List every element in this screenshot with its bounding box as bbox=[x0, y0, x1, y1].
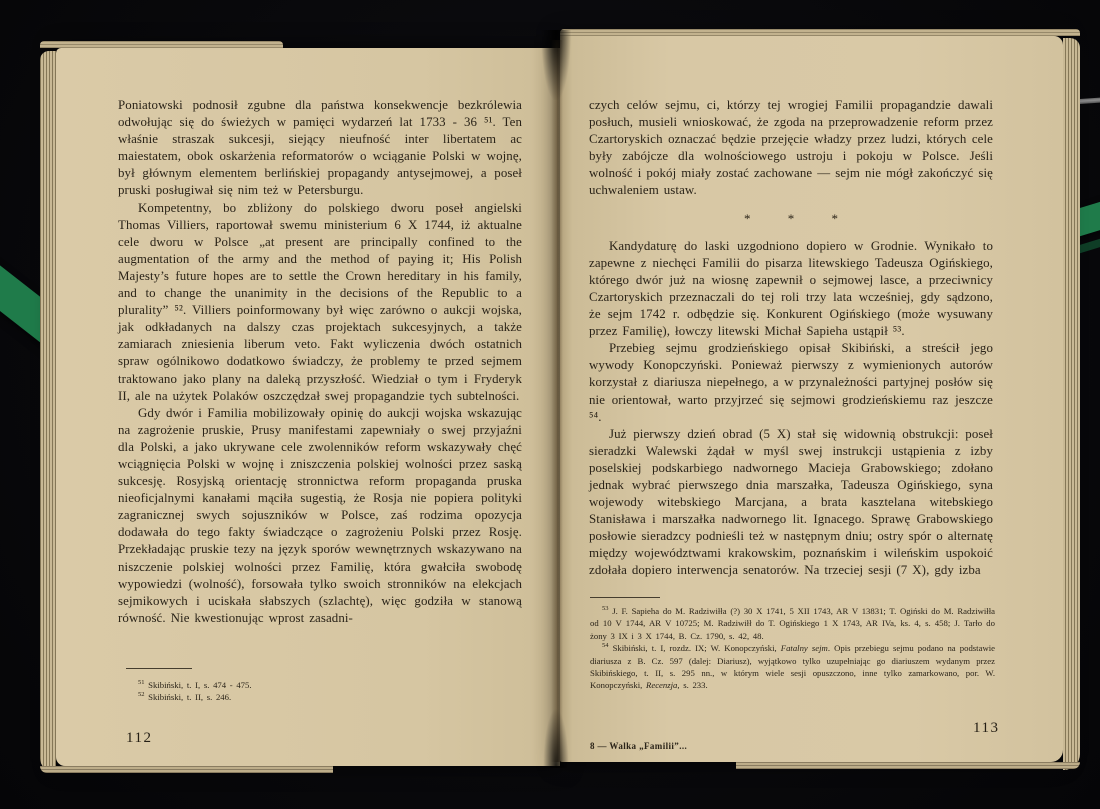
page-top-edge bbox=[40, 41, 283, 48]
paragraph: czych celów sejmu, ci, którzy tej wrogie… bbox=[589, 97, 993, 200]
paragraph: Gdy dwór i Familia mobilizowały opinię d… bbox=[118, 405, 522, 627]
page-number-right: 113 bbox=[973, 720, 999, 737]
page-edge-stack-left bbox=[40, 51, 56, 772]
page-bottom-edge bbox=[40, 766, 333, 773]
footnote: 54 Skibiński, t. I, rozdz. IX; W. Konopc… bbox=[590, 642, 995, 692]
footnote: 53 J. F. Sapieha do M. Radziwiłła (?) 30… bbox=[590, 605, 995, 642]
paragraph: Już pierwszy dzień obrad (5 X) stał się … bbox=[589, 426, 993, 580]
right-page: czych celów sejmu, ci, którzy tej wrogie… bbox=[560, 36, 1063, 762]
page-top-edge bbox=[560, 29, 1080, 36]
running-footer: 8 — Walka „Familii”... bbox=[590, 741, 687, 751]
footnote: 52 Skibiński, t. II, s. 246. bbox=[126, 691, 524, 703]
paragraph: Przebieg sejmu grodzieńskiego opisał Ski… bbox=[589, 340, 993, 425]
left-page-text: Poniatowski podnosił zgubne dla państwa … bbox=[118, 97, 522, 627]
page-number-left: 112 bbox=[126, 730, 152, 747]
right-page-footnotes: 53 J. F. Sapieha do M. Radziwiłła (?) 30… bbox=[590, 605, 995, 692]
footnote: 51 Skibiński, t. I, s. 474 - 475. bbox=[126, 679, 524, 691]
page-bottom-edge bbox=[736, 762, 1080, 769]
section-separator: * * * bbox=[589, 210, 993, 227]
page-edge-stack-right bbox=[1063, 38, 1080, 770]
paragraph-group-after-separator: Kandydaturę do laski uzgodniono dopiero … bbox=[589, 238, 993, 580]
paragraph: Kandydaturę do laski uzgodniono dopiero … bbox=[589, 238, 993, 341]
paragraph: Poniatowski podnosił zgubne dla państwa … bbox=[118, 97, 522, 200]
footnote-rule bbox=[590, 597, 660, 598]
right-page-text: czych celów sejmu, ci, którzy tej wrogie… bbox=[589, 97, 993, 580]
left-page: Poniatowski podnosił zgubne dla państwa … bbox=[56, 48, 560, 766]
photo-background: Poniatowski podnosił zgubne dla państwa … bbox=[0, 0, 1100, 809]
paragraph-group-before-separator: czych celów sejmu, ci, którzy tej wrogie… bbox=[589, 97, 993, 200]
paragraph: Kompetentny, bo zbliżony do polskiego dw… bbox=[118, 200, 522, 405]
left-page-footnotes: 51 Skibiński, t. I, s. 474 - 475.52 Skib… bbox=[126, 679, 524, 704]
footnote-rule bbox=[126, 668, 192, 669]
